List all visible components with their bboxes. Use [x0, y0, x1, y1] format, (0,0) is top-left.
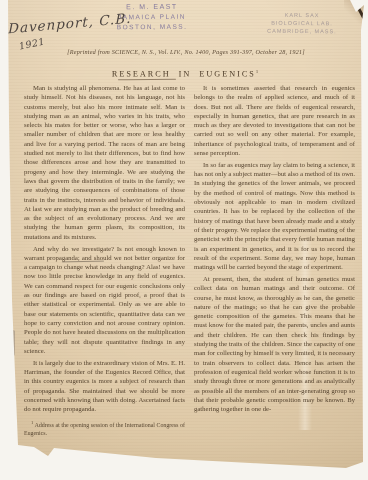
article-title: RESEARCH IN EUGENICS1: [6, 69, 364, 79]
paragraph: Man is studying all phenomena. He has at…: [24, 84, 185, 242]
reprint-citation-line: [Reprinted from SCIENCE, N. S., Vol. LIV…: [24, 49, 348, 56]
article-title-text: RESEARCH IN EUGENICS: [112, 70, 256, 79]
edge-smudge: [10, 330, 15, 356]
title-footnote-marker: 1: [256, 69, 258, 74]
document-page: E. M. EAST JAMAICA PLAIN BOSTON, MASS. K…: [6, 0, 366, 476]
lab-stamp-line: CAMBRIDGE, MASS.: [244, 28, 360, 37]
paragraph: It is largely due to the extraordinary v…: [24, 359, 185, 415]
edge-mark: [7, 208, 9, 212]
pencil-underline-title: [118, 79, 176, 81]
edge-mark: [6, 128, 9, 134]
right-column: It is sometimes asserted that research i…: [194, 84, 355, 439]
footnote-marker: 1: [31, 420, 33, 425]
footnote: 1 Address at the opening session of the …: [24, 419, 185, 439]
paragraph: At present, then, the student of human g…: [194, 275, 355, 414]
scanned-document-photo: E. M. EAST JAMAICA PLAIN BOSTON, MASS. K…: [0, 0, 368, 480]
left-column: Man is studying all phenomena. He has at…: [24, 84, 185, 439]
paragraph: In so far as eugenics may lay claim to b…: [194, 161, 355, 273]
paragraph: It is sometimes asserted that research i…: [194, 84, 355, 158]
lab-stamp: KARL SAX BIOLOGICAL LAB. CAMBRIDGE, MASS…: [244, 12, 360, 37]
handwritten-author: Davenport, C.B.: [8, 11, 132, 38]
paragraph: And why do we investigate? Is not enough…: [24, 245, 185, 357]
article-body: Man is studying all phenomena. He has at…: [24, 84, 356, 439]
footnote-text: Address at the opening session of the In…: [24, 423, 185, 437]
